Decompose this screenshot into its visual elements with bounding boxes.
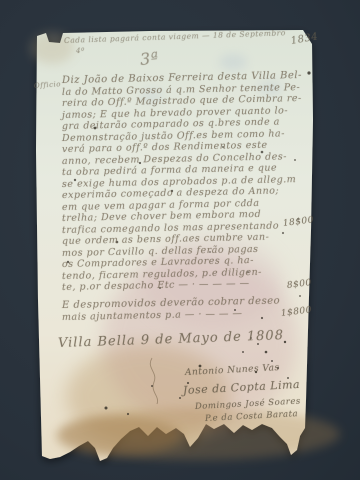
amount-2: 8$00 (286, 278, 312, 291)
photo-background: Cada lista pagará conta viagem — 18 de S… (0, 0, 360, 480)
page-mark: 4º (76, 47, 85, 55)
doc-year: 1834 (290, 31, 319, 47)
amount-1: 18$00 (282, 215, 314, 229)
manuscript-text: Cada lista pagará conta viagem — 18 de S… (0, 0, 360, 480)
margin-note: Officio (34, 80, 62, 90)
paragraph2-line: E despromovidos deverão cobrar deseo (62, 295, 280, 311)
signature-1: Antonio Nunes Vas (185, 363, 280, 378)
dateline: Villa Bella 9 de Mayo de 1808 (58, 328, 284, 351)
section-mark: 3ª (139, 48, 160, 69)
signature-4: P.e da Costa Barata (205, 409, 299, 424)
signature-2: Jose da Copta Lima (183, 378, 301, 397)
amount-3: 1$800 (280, 305, 312, 319)
header-line: Cada lista pagará conta viagem — 18 de S… (64, 28, 286, 45)
